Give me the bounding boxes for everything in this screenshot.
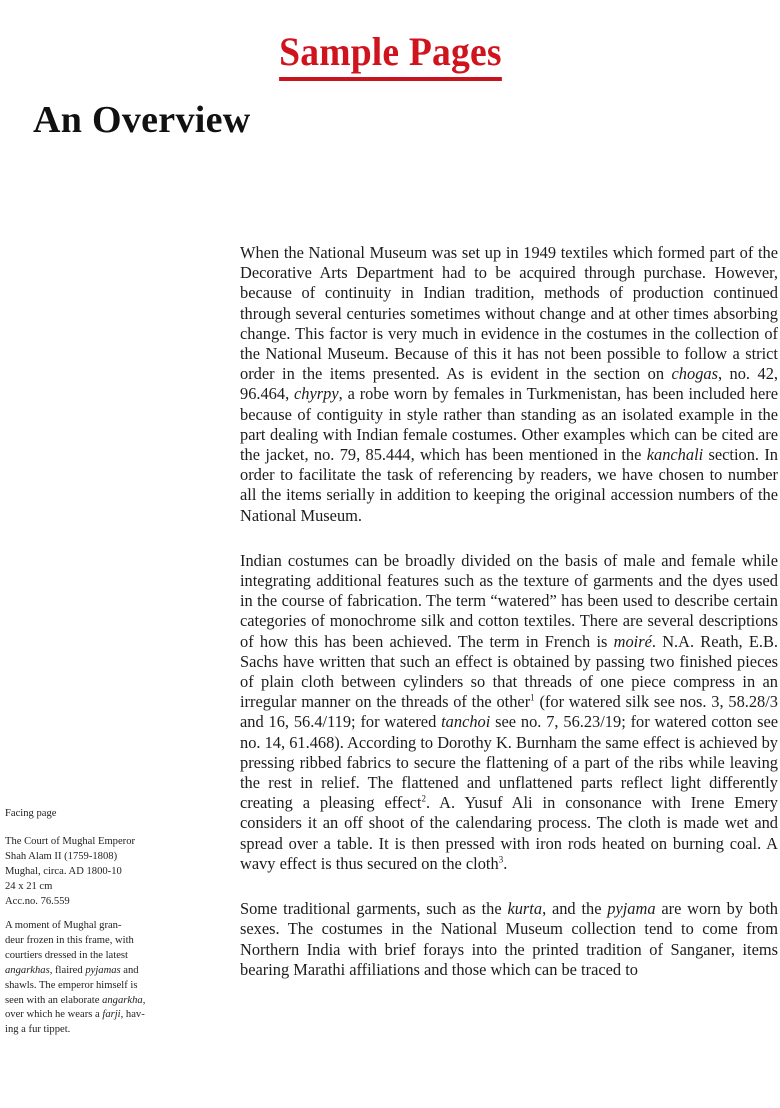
caption-description-line: over which he wears a farji, hav- [5, 1008, 195, 1023]
caption-description-line: A moment of Mughal gran- [5, 919, 195, 934]
body-paragraph: Indian costumes can be broadly divided o… [240, 551, 778, 874]
chapter-title: An Overview [33, 98, 251, 142]
caption-title-line: Shah Alam II (1759-1808) [5, 849, 195, 864]
caption-description-line: courtiers dressed in the latest [5, 949, 195, 964]
italic-term: chogas [672, 364, 718, 383]
italic-term: farji [102, 1009, 120, 1020]
caption-description-line: angarkhas, flaired pyjamas and [5, 964, 195, 979]
caption-description-line: deur frozen in this frame, with [5, 934, 195, 949]
italic-term: angarkha [102, 995, 143, 1006]
italic-term: kanchali [647, 445, 703, 464]
italic-term: chyrpy [294, 384, 339, 403]
caption-label: Facing page [5, 806, 195, 821]
caption-accession-number: Acc.no. 76.559 [5, 894, 195, 909]
sample-pages-title: Sample Pages [279, 30, 502, 81]
italic-term: pyjamas [85, 965, 120, 976]
caption-description: A moment of Mughal gran-deur frozen in t… [5, 919, 195, 1038]
sample-pages-banner: Sample Pages [0, 30, 780, 81]
caption-date-line: Mughal, circa. AD 1800-10 [5, 864, 195, 879]
caption-dimensions: 24 x 21 cm [5, 879, 195, 894]
italic-term: kurta [507, 899, 542, 918]
footnote-marker: 1 [530, 693, 535, 703]
caption-metadata: The Court of Mughal Emperor Shah Alam II… [5, 834, 195, 909]
footnote-marker: 3 [499, 854, 504, 864]
italic-term: moiré [614, 632, 652, 651]
caption-description-line: shawls. The emperor himself is [5, 979, 195, 994]
caption-description-line: seen with an elaborate angarkha, [5, 994, 195, 1009]
body-paragraph: When the National Museum was set up in 1… [240, 243, 778, 526]
body-text-column: When the National Museum was set up in 1… [240, 243, 778, 1005]
body-paragraph: Some traditional garments, such as the k… [240, 899, 778, 980]
caption-title-line: The Court of Mughal Emperor [5, 834, 195, 849]
figure-caption: Facing page The Court of Mughal Emperor … [5, 806, 195, 1038]
footnote-marker: 2 [422, 794, 427, 804]
italic-term: tanchoi [441, 712, 490, 731]
italic-term: angarkhas [5, 965, 50, 976]
caption-description-line: ing a fur tippet. [5, 1023, 195, 1038]
italic-term: pyjama [607, 899, 655, 918]
